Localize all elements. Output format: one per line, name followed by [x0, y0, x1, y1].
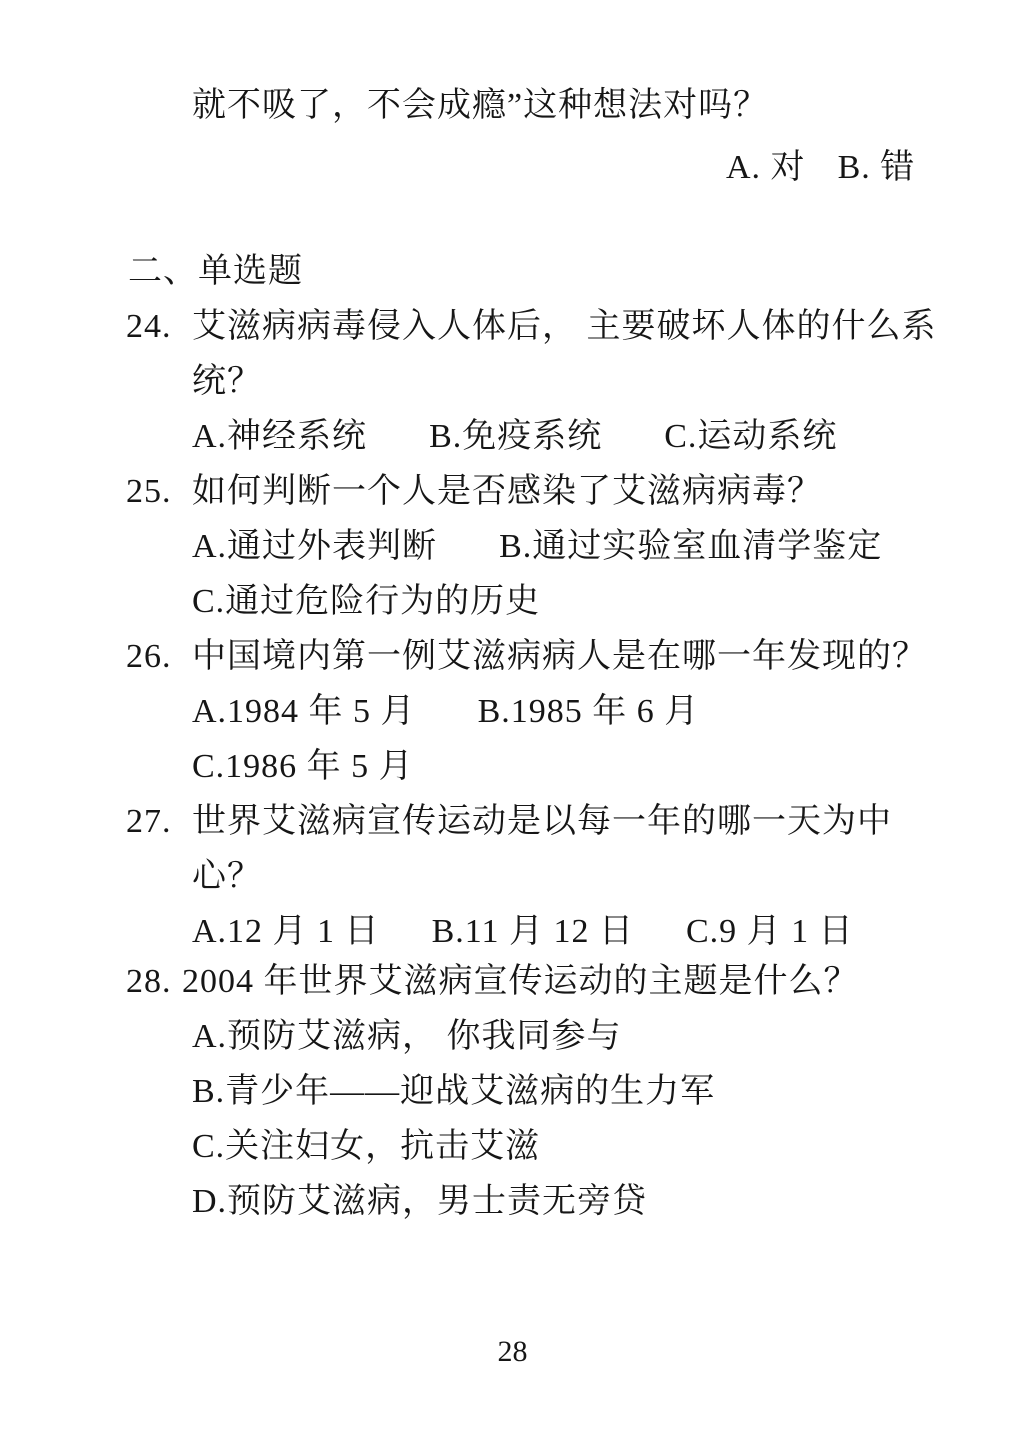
question-27: 27. 世界艾滋病宣传运动是以每一年的哪一天为中: [126, 802, 892, 842]
option-c: C.1986 年 5 月: [192, 747, 414, 787]
answer-option-true: A. 对: [726, 148, 806, 188]
question-28-option-b: B.青少年——迎战艾滋病的生力军: [192, 1072, 715, 1112]
question-28-option-c: C.关注妇女，抗击艾滋: [192, 1127, 540, 1167]
question-28-text: 2004 年世界艾滋病宣传运动的主题是什么？: [182, 962, 859, 1002]
question-28: 28. 2004 年世界艾滋病宣传运动的主题是什么？: [126, 962, 859, 1002]
question-24-options: A.神经系统 B.免疫系统 C.运动系统: [192, 417, 837, 457]
section-header: 二、单选题: [128, 252, 303, 292]
question-25-options-row-1: A.通过外表判断 B.通过实验室血清学鉴定: [192, 527, 882, 567]
question-24: 24. 艾滋病病毒侵入人体后， 主要破坏人体的什么系: [126, 307, 937, 347]
question-24-text-wrap: 统？: [192, 362, 262, 402]
question-26-text: 中国境内第一例艾滋病病人是在哪一年发现的？: [192, 637, 927, 677]
option-b: B.免疫系统: [429, 417, 602, 457]
question-28-option-d: D.预防艾滋病，男士责无旁贷: [192, 1182, 647, 1222]
question-26-options-row-1: A.1984 年 5 月 B.1985 年 6 月: [192, 692, 699, 732]
question-26-number: 26.: [126, 637, 192, 677]
option-c: C.9 月 1 日: [686, 912, 854, 952]
question-28-option-a: A.预防艾滋病， 你我同参与: [192, 1017, 622, 1057]
question-25: 25. 如何判断一个人是否感染了艾滋病病毒？: [126, 472, 822, 512]
option-c: C.运动系统: [664, 417, 837, 457]
question-27-number: 27.: [126, 802, 192, 842]
option-c: C.通过危险行为的历史: [192, 582, 540, 622]
option-a: A.通过外表判断: [192, 527, 437, 567]
question-27-options: A.12 月 1 日 B.11 月 12 日 C.9 月 1 日: [192, 912, 854, 952]
question-26: 26. 中国境内第一例艾滋病病人是在哪一年发现的？: [126, 637, 927, 677]
question-24-number: 24.: [126, 307, 192, 347]
answer-option-false: B. 错: [838, 148, 916, 188]
true-false-answer-row: A. 对 B. 错: [726, 148, 915, 188]
option-a: A.12 月 1 日: [192, 912, 380, 952]
page-number: 28: [0, 1334, 1025, 1370]
option-b: B.1985 年 6 月: [478, 692, 700, 732]
question-26-options-row-2: C.1986 年 5 月: [192, 747, 414, 787]
question-continuation-text: 就不吸了，不会成瘾”这种想法对吗？: [192, 86, 768, 126]
question-27-text-wrap: 心？: [192, 857, 262, 897]
document-page: 就不吸了，不会成瘾”这种想法对吗？ A. 对 B. 错 二、单选题 24. 艾滋…: [0, 0, 1025, 1456]
option-a: A.1984 年 5 月: [192, 692, 416, 732]
option-b: B.通过实验室血清学鉴定: [499, 527, 882, 567]
question-27-text: 世界艾滋病宣传运动是以每一年的哪一天为中: [192, 802, 892, 842]
question-28-number: 28.: [126, 962, 182, 1002]
question-25-number: 25.: [126, 472, 192, 512]
question-24-text: 艾滋病病毒侵入人体后， 主要破坏人体的什么系: [192, 307, 937, 347]
option-a: A.神经系统: [192, 417, 367, 457]
option-b: B.11 月 12 日: [432, 912, 634, 952]
question-25-text: 如何判断一个人是否感染了艾滋病病毒？: [192, 472, 822, 512]
question-25-options-row-2: C.通过危险行为的历史: [192, 582, 540, 622]
